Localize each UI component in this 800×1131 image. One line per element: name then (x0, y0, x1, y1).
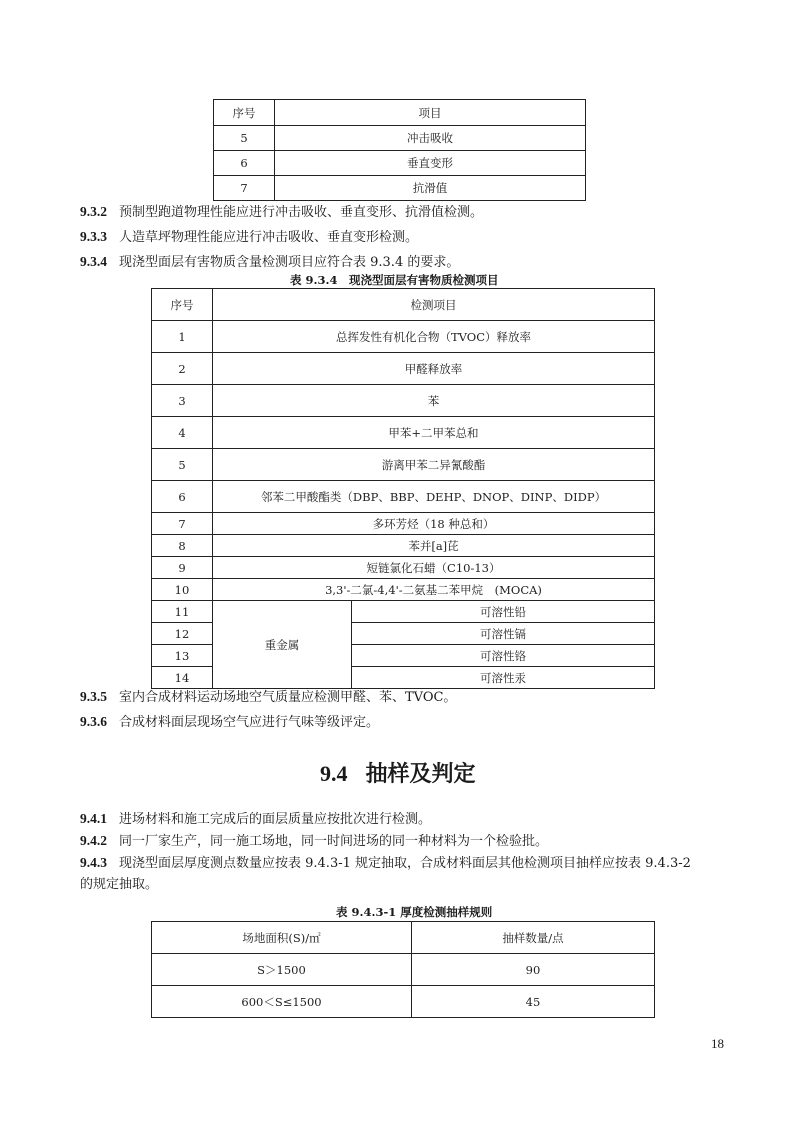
clause-9-4-3: 9.4.3现浇型面层厚度测点数量应按表 9.4.3-1 规定抽取，合成材料面层其… (80, 854, 691, 873)
cell-index: 8 (152, 535, 213, 557)
cell-index: 11 (152, 601, 213, 623)
clause-number: 9.4.1 (80, 811, 107, 826)
cell-item: 抗滑值 (275, 176, 586, 201)
cell-item: 可溶性铬 (352, 645, 655, 667)
header-index: 序号 (152, 289, 213, 321)
table-row: 4甲苯+二甲苯总和 (152, 417, 655, 449)
page-number: 18 (711, 1036, 724, 1052)
clause-number: 9.3.4 (80, 254, 107, 269)
clause-9-3-6: 9.3.6合成材料面层现场空气应进行气味等级评定。 (80, 713, 379, 732)
cell-item: 短链氯化石蜡（C10-13） (213, 557, 655, 579)
table-row: 5 冲击吸收 (214, 126, 586, 151)
clause-text: 进场材料和施工完成后的面层质量应按批次进行检测。 (119, 812, 431, 827)
cell-area: S＞1500 (152, 954, 412, 986)
cell-item: 邻苯二甲酸酯类（DBP、BBP、DEHP、DNOP、DINP、DIDP） (213, 481, 655, 513)
clause-9-4-2: 9.4.2同一厂家生产，同一施工场地，同一时间进场的同一种材料为一个检验批。 (80, 832, 548, 851)
table-row: 600＜S≤1500 45 (152, 986, 655, 1018)
table-header-row: 序号 项目 (214, 100, 586, 126)
clause-number: 9.3.3 (80, 229, 107, 244)
cell-index: 10 (152, 579, 213, 601)
table-row: 11 重金属 可溶性铅 (152, 601, 655, 623)
header-area: 场地面积(S)/㎡ (152, 922, 412, 954)
table-row: 8苯并[a]芘 (152, 535, 655, 557)
cell-index: 12 (152, 623, 213, 645)
clause-9-3-3: 9.3.3人造草坪物理性能应进行冲击吸收、垂直变形检测。 (80, 228, 418, 247)
clause-text: 预制型跑道物理性能应进行冲击吸收、垂直变形、抗滑值检测。 (119, 205, 483, 220)
cell-item: 多环芳烃（18 种总和） (213, 513, 655, 535)
cell-group-heavy-metals: 重金属 (213, 601, 352, 689)
clause-9-4-1: 9.4.1进场材料和施工完成后的面层质量应按批次进行检测。 (80, 810, 431, 829)
clause-text: 现浇型面层有害物质含量检测项目应符合表 9.3.4 的要求。 (119, 255, 459, 270)
clause-9-4-3-continuation: 的规定抽取。 (80, 876, 158, 894)
table-hazardous-substances: 序号 检测项目 1总挥发性有机化合物（TVOC）释放率 2甲醛释放率 3苯 4甲… (151, 288, 655, 689)
cell-item: 可溶性铅 (352, 601, 655, 623)
cell-item: 可溶性镉 (352, 623, 655, 645)
cell-sample-count: 90 (412, 954, 655, 986)
table-row: 5游离甲苯二异氰酸酯 (152, 449, 655, 481)
cell-index: 5 (152, 449, 213, 481)
clause-text: 同一厂家生产，同一施工场地，同一时间进场的同一种材料为一个检验批。 (119, 834, 548, 849)
clause-text: 室内合成材料运动场地空气质量应检测甲醛、苯、TVOC。 (119, 690, 456, 705)
clause-9-3-5: 9.3.5室内合成材料运动场地空气质量应检测甲醛、苯、TVOC。 (80, 688, 456, 707)
table-row: 1总挥发性有机化合物（TVOC）释放率 (152, 321, 655, 353)
cell-item: 3,3'-二氯-4,4'-二氨基二苯甲烷 (MOCA) (213, 579, 655, 601)
cell-item: 可溶性汞 (352, 667, 655, 689)
table-row: 103,3'-二氯-4,4'-二氨基二苯甲烷 (MOCA) (152, 579, 655, 601)
cell-index: 14 (152, 667, 213, 689)
cell-index: 2 (152, 353, 213, 385)
cell-item: 冲击吸收 (275, 126, 586, 151)
cell-item: 游离甲苯二异氰酸酯 (213, 449, 655, 481)
cell-item: 甲苯+二甲苯总和 (213, 417, 655, 449)
table-header-row: 序号 检测项目 (152, 289, 655, 321)
table-row: S＞1500 90 (152, 954, 655, 986)
clause-number: 9.4.3 (80, 855, 107, 870)
clause-number: 9.3.6 (80, 714, 107, 729)
cell-index: 3 (152, 385, 213, 417)
table-header-row: 场地面积(S)/㎡ 抽样数量/点 (152, 922, 655, 954)
table-row: 7 抗滑值 (214, 176, 586, 201)
clause-9-3-2: 9.3.2预制型跑道物理性能应进行冲击吸收、垂直变形、抗滑值检测。 (80, 203, 483, 222)
section-title: 抽样及判定 (366, 761, 476, 787)
cell-item: 垂直变形 (275, 151, 586, 176)
table-caption-9-3-4: 表 9.3.4 现浇型面层有害物质检测项目 (290, 272, 499, 288)
clause-text: 现浇型面层厚度测点数量应按表 9.4.3-1 规定抽取，合成材料面层其他检测项目… (119, 856, 691, 871)
cell-item: 苯 (213, 385, 655, 417)
cell-index: 5 (214, 126, 275, 151)
clause-text: 人造草坪物理性能应进行冲击吸收、垂直变形检测。 (119, 230, 418, 245)
table-row: 6 垂直变形 (214, 151, 586, 176)
cell-index: 6 (152, 481, 213, 513)
cell-item: 苯并[a]芘 (213, 535, 655, 557)
table-row: 3苯 (152, 385, 655, 417)
table-thickness-sampling: 场地面积(S)/㎡ 抽样数量/点 S＞1500 90 600＜S≤1500 45 (151, 921, 655, 1018)
cell-index: 13 (152, 645, 213, 667)
header-index: 序号 (214, 100, 275, 126)
cell-item: 总挥发性有机化合物（TVOC）释放率 (213, 321, 655, 353)
table-caption-9-4-3-1: 表 9.4.3-1 厚度检测抽样规则 (336, 904, 492, 920)
cell-index: 7 (152, 513, 213, 535)
table-row: 2甲醛释放率 (152, 353, 655, 385)
table-physical-items: 序号 项目 5 冲击吸收 6 垂直变形 7 抗滑值 (213, 99, 586, 201)
clause-number: 9.4.2 (80, 833, 107, 848)
clause-number: 9.3.5 (80, 689, 107, 704)
cell-index: 6 (214, 151, 275, 176)
cell-index: 7 (214, 176, 275, 201)
cell-sample-count: 45 (412, 986, 655, 1018)
cell-item: 甲醛释放率 (213, 353, 655, 385)
clause-9-3-4: 9.3.4现浇型面层有害物质含量检测项目应符合表 9.3.4 的要求。 (80, 253, 459, 272)
section-number: 9.4 (320, 761, 348, 786)
cell-index: 4 (152, 417, 213, 449)
header-item: 检测项目 (213, 289, 655, 321)
header-item: 项目 (275, 100, 586, 126)
cell-index: 1 (152, 321, 213, 353)
table-row: 9短链氯化石蜡（C10-13） (152, 557, 655, 579)
clause-text: 合成材料面层现场空气应进行气味等级评定。 (119, 715, 379, 730)
table-row: 6邻苯二甲酸酯类（DBP、BBP、DEHP、DNOP、DINP、DIDP） (152, 481, 655, 513)
clause-number: 9.3.2 (80, 204, 107, 219)
cell-area: 600＜S≤1500 (152, 986, 412, 1018)
table-row: 7多环芳烃（18 种总和） (152, 513, 655, 535)
cell-index: 9 (152, 557, 213, 579)
header-sample-count: 抽样数量/点 (412, 922, 655, 954)
section-heading-9-4: 9.4抽样及判定 (320, 757, 476, 788)
